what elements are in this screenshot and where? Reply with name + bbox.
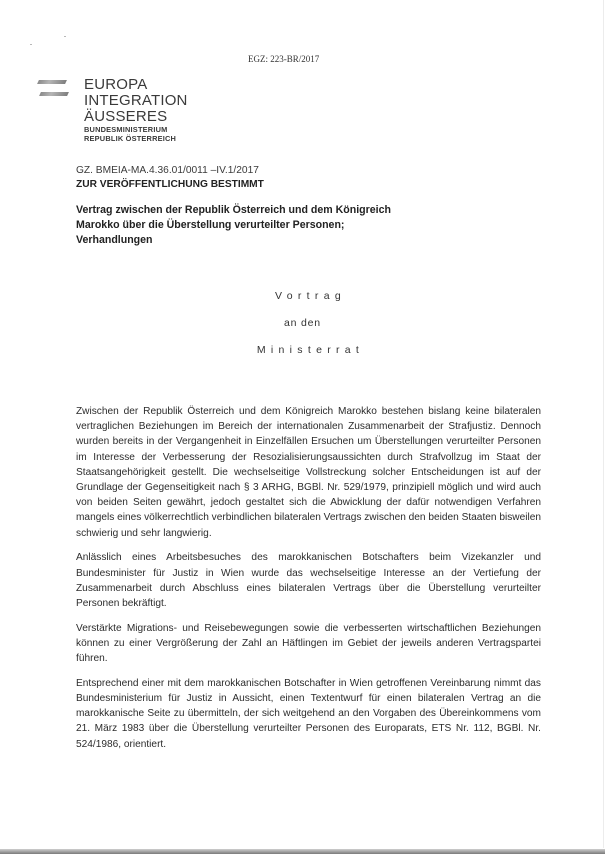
gz-number: GZ. BMEIA-MA.4.36.01/0011 –IV.1/2017 — [76, 165, 259, 176]
logo-sub-ministry: BUNDESMINISTERIUM — [84, 125, 284, 134]
reference-number-top: EGZ: 223-BR/2017 — [248, 54, 319, 64]
logo-sub-republic: REPUBLIK ÖSTERREICH — [84, 134, 284, 143]
logo-line-europa: EUROPA — [84, 77, 284, 93]
logo-line-integration: INTEGRATION — [84, 93, 284, 109]
heading-an-den: an den — [0, 317, 605, 329]
paragraph: Entsprechend einer mit dem marokkanische… — [76, 676, 541, 752]
logo-line-aeusseres: ÄUSSERES — [84, 109, 284, 125]
scanned-document-page: EGZ: 223-BR/2017 EUROPA INTEGRATION ÄUSS… — [0, 0, 605, 854]
paragraph: Verstärkte Migrations- und Reisebewegung… — [76, 621, 541, 667]
document-subject: Vertrag zwischen der Republik Österreich… — [76, 203, 416, 248]
paragraph: Anlässlich eines Arbeitsbesuches des mar… — [76, 550, 541, 611]
document-body: Zwischen der Republik Österreich und dem… — [76, 404, 541, 761]
scan-speck — [64, 36, 66, 37]
publication-note: ZUR VERÖFFENTLICHUNG BESTIMMT — [76, 179, 264, 190]
paragraph: Zwischen der Republik Österreich und dem… — [76, 404, 541, 541]
page-bottom-edge — [0, 849, 605, 854]
heading-vortrag: Vortrag — [0, 290, 605, 302]
page-right-edge — [603, 0, 604, 848]
scan-speck — [30, 44, 32, 45]
heading-ministerrat: Ministerrat — [0, 344, 605, 356]
logo-wordmark: EUROPA INTEGRATION ÄUSSERES BUNDESMINIST… — [84, 77, 284, 143]
